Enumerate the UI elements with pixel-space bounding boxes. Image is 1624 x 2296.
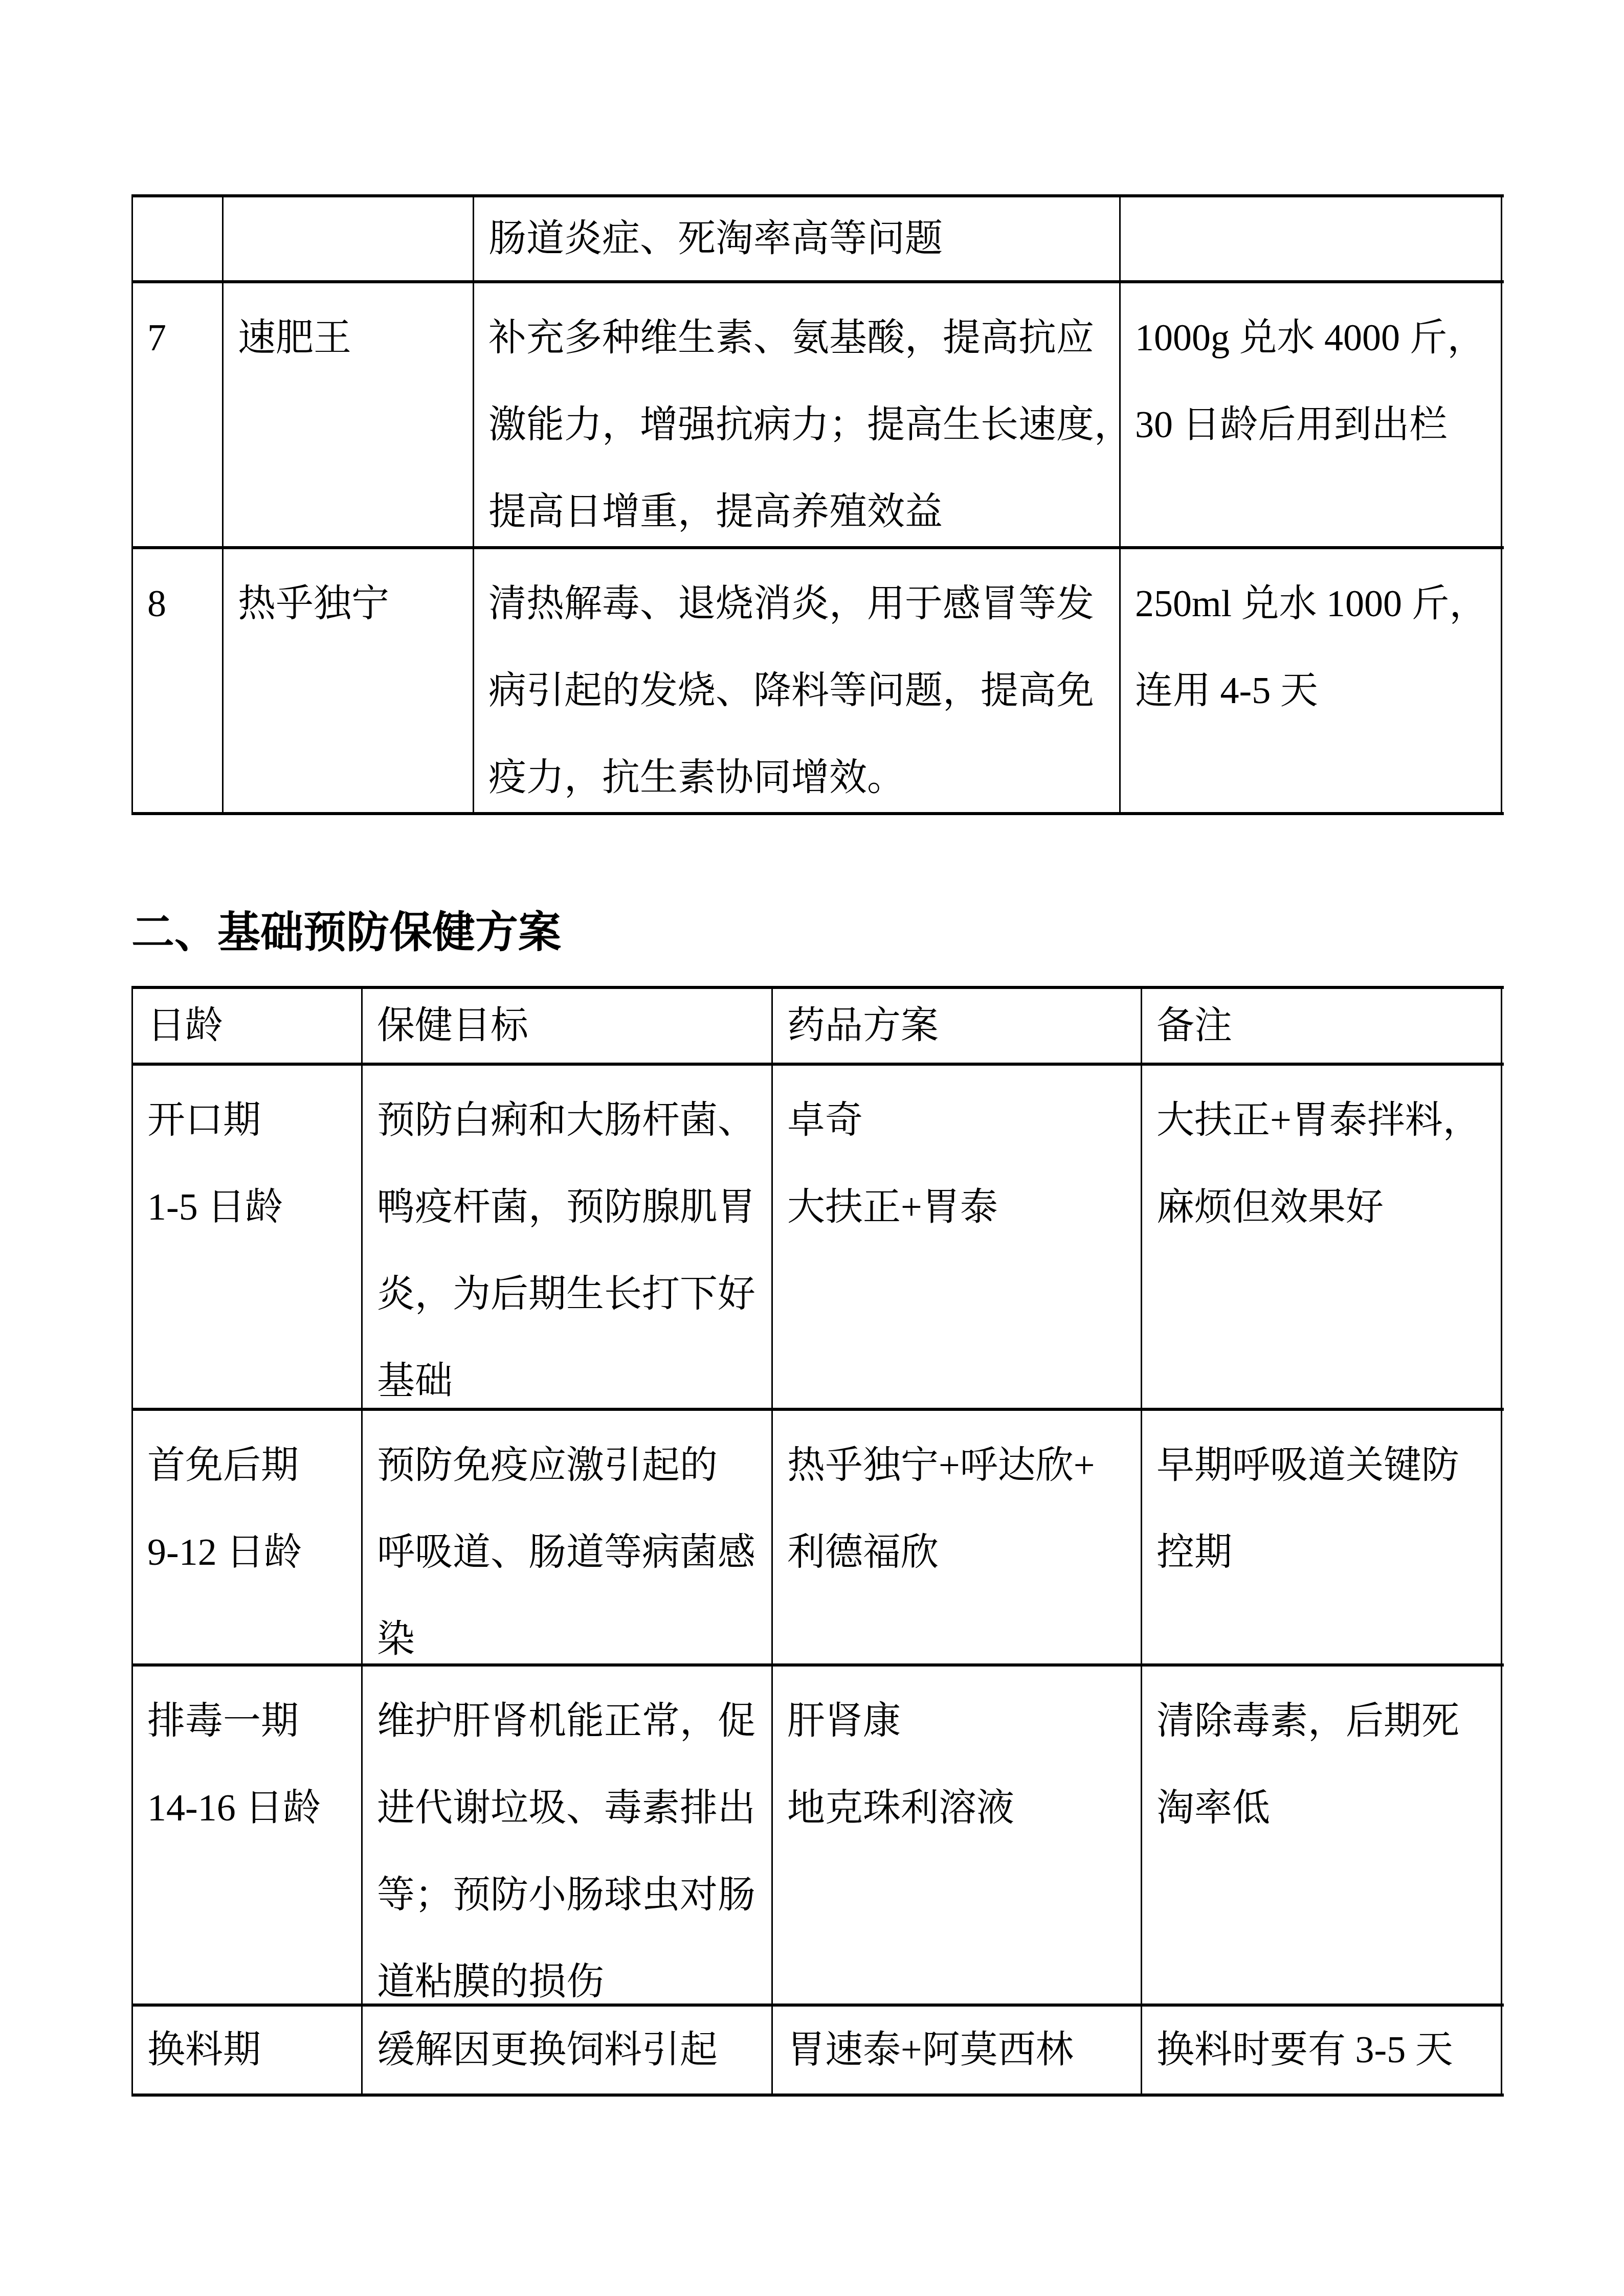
cell-index: 7 — [131, 283, 222, 546]
cell-function-desc: 清热解毒、退烧消炎，用于感冒等发 病引起的发烧、降料等问题，提高免 疫力，抗生素… — [473, 549, 1119, 812]
cell-age: 开口期 1-5 日龄 — [131, 1066, 361, 1408]
table-header-row: 日龄 保健目标 药品方案 备注 — [131, 989, 1504, 1066]
cell-plan: 胃速泰+阿莫西林 — [771, 2007, 1141, 2094]
cell-plan: 卓奇 大扶正+胃泰 — [771, 1066, 1141, 1408]
header-cell-plan: 药品方案 — [771, 989, 1141, 1063]
cell-index: 8 — [131, 549, 222, 812]
prevention-plan-table: 日龄 保健目标 药品方案 备注 开口期 1-5 日龄 预防白痢和大肠杆菌、 鸭疫… — [131, 986, 1504, 2097]
table-row: 开口期 1-5 日龄 预防白痢和大肠杆菌、 鸭疫杆菌，预防腺肌胃 炎，为后期生长… — [131, 1066, 1504, 1411]
table-row: 7 速肥王 补充多种维生素、氨基酸，提高抗应 激能力，增强抗病力；提高生长速度，… — [131, 283, 1504, 549]
table-row: 首免后期 9-12 日龄 预防免疫应激引起的 呼吸道、肠道等病菌感 染 热乎独宁… — [131, 1411, 1504, 1667]
cell-note: 早期呼吸道关键防 控期 — [1141, 1411, 1502, 1663]
cell-note: 大扶正+胃泰拌料， 麻烦但效果好 — [1141, 1066, 1502, 1408]
table-row: 8 热乎独宁 清热解毒、退烧消炎，用于感冒等发 病引起的发烧、降料等问题，提高免… — [131, 549, 1504, 815]
cell-note: 清除毒素，后期死 淘率低 — [1141, 1667, 1502, 2004]
cell-goal: 预防免疫应激引起的 呼吸道、肠道等病菌感 染 — [361, 1411, 771, 1663]
cell-function-desc: 补充多种维生素、氨基酸，提高抗应 激能力，增强抗病力；提高生长速度， 提高日增重… — [473, 283, 1119, 546]
table-row: 换料期 缓解因更换饲料引起 胃速泰+阿莫西林 换料时要有 3-5 天 — [131, 2007, 1504, 2097]
cell-product-name: 热乎独宁 — [222, 549, 473, 812]
section-heading: 二、基础预防保健方案 — [131, 904, 561, 960]
cell-dosage — [1119, 197, 1502, 280]
cell-goal: 缓解因更换饲料引起 — [361, 2007, 771, 2094]
cell-dosage: 1000g 兑水 4000 斤， 30 日龄后用到出栏 — [1119, 283, 1502, 546]
cell-age: 换料期 — [131, 2007, 361, 2094]
cell-plan: 肝肾康 地克珠利溶液 — [771, 1667, 1141, 2004]
cell-age: 排毒一期 14-16 日龄 — [131, 1667, 361, 2004]
header-cell-age: 日龄 — [131, 989, 361, 1063]
cell-dosage: 250ml 兑水 1000 斤， 连用 4-5 天 — [1119, 549, 1502, 812]
table-row: 肠道炎症、死淘率高等问题 — [131, 197, 1504, 283]
cell-product-name — [222, 197, 473, 280]
header-cell-note: 备注 — [1141, 989, 1502, 1063]
cell-product-name: 速肥王 — [222, 283, 473, 546]
cell-function-desc: 肠道炎症、死淘率高等问题 — [473, 197, 1119, 280]
product-usage-table: 肠道炎症、死淘率高等问题 7 速肥王 补充多种维生素、氨基酸，提高抗应 激能力，… — [131, 194, 1504, 815]
cell-index — [131, 197, 222, 280]
cell-goal: 维护肝肾机能正常，促 进代谢垃圾、毒素排出 等；预防小肠球虫对肠 道粘膜的损伤 — [361, 1667, 771, 2004]
cell-age: 首免后期 9-12 日龄 — [131, 1411, 361, 1663]
table-row: 排毒一期 14-16 日龄 维护肝肾机能正常，促 进代谢垃圾、毒素排出 等；预防… — [131, 1667, 1504, 2007]
header-cell-goal: 保健目标 — [361, 989, 771, 1063]
cell-note: 换料时要有 3-5 天 — [1141, 2007, 1502, 2094]
cell-plan: 热乎独宁+呼达欣+ 利德福欣 — [771, 1411, 1141, 1663]
cell-goal: 预防白痢和大肠杆菌、 鸭疫杆菌，预防腺肌胃 炎，为后期生长打下好 基础 — [361, 1066, 771, 1408]
